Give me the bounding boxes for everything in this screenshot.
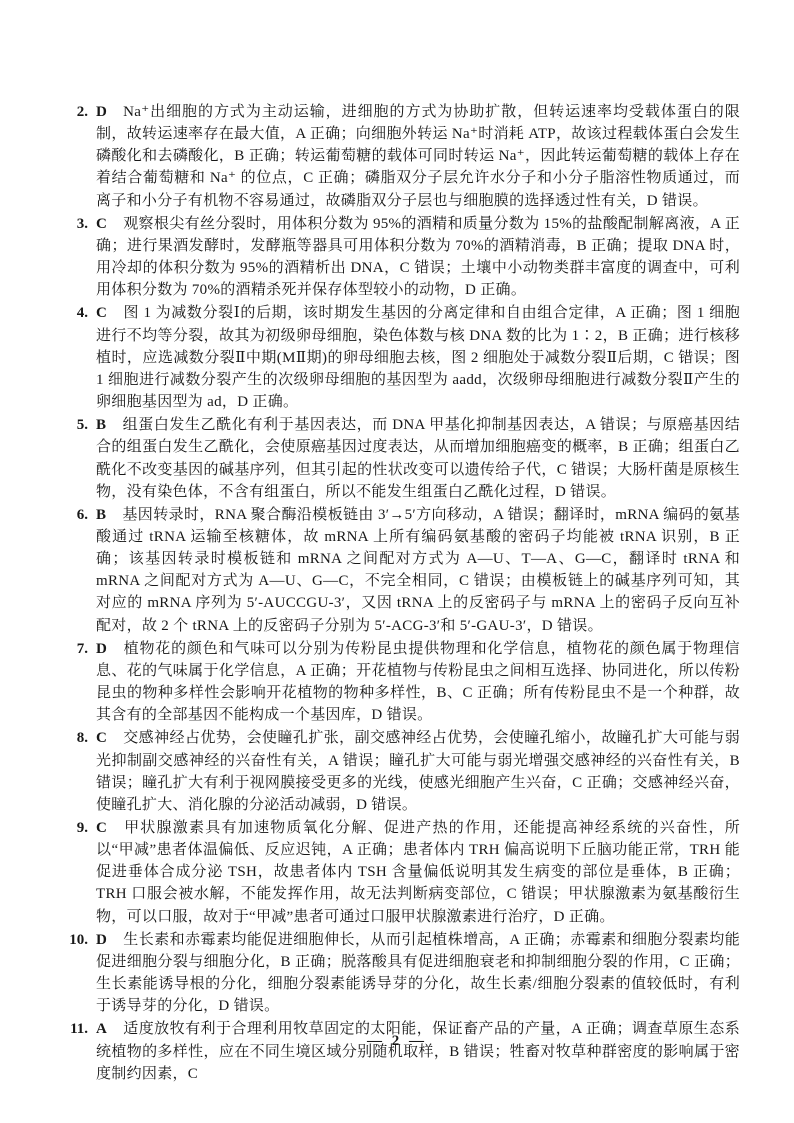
answer-item-10: 10.D生长素和赤霉素均能促进细胞伸长，从而引起植株增高，A 正确；赤霉素和细胞… xyxy=(96,929,740,1018)
item-answer: C xyxy=(96,305,107,321)
item-explanation: 适度放牧有利于合理利用牧草固定的太阳能，保证畜产品的产量，A 正确；调查草原生态… xyxy=(96,1021,740,1081)
item-answer: C xyxy=(96,216,107,232)
item-explanation: 基因转录时，RNA 聚合酶沿模板链由 3′→5′方向移动，A 错误；翻译时，mR… xyxy=(96,507,740,634)
item-number: 4. xyxy=(64,302,88,324)
item-number: 3. xyxy=(64,213,88,235)
page-number: — 2 — xyxy=(367,1033,427,1049)
item-answer: C xyxy=(96,820,107,836)
item-explanation: 组蛋白发生乙酰化有利于基因表达，而 DNA 甲基化抑制基因表达，A 错误；与原癌… xyxy=(96,417,740,499)
item-answer: D xyxy=(96,932,107,948)
item-number: 10. xyxy=(64,929,88,951)
item-explanation: 观察根尖有丝分裂时，用体积分数为 95%的酒精和质量分数为 15%的盐酸配制解离… xyxy=(96,216,740,298)
answer-item-5: 5.B组蛋白发生乙酰化有利于基因表达，而 DNA 甲基化抑制基因表达，A 错误；… xyxy=(96,414,740,503)
answer-explanation-list: 2.DNa⁺出细胞的方式为主动运输，进细胞的方式为协助扩散，但转运速率均受载体蛋… xyxy=(96,101,740,1086)
item-answer: D xyxy=(96,104,107,120)
page-footer: — 2 — xyxy=(0,1033,794,1050)
answer-item-11: 11.A适度放牧有利于合理利用牧草固定的太阳能，保证畜产品的产量，A 正确；调查… xyxy=(96,1018,740,1084)
item-number: 7. xyxy=(64,638,88,660)
item-explanation: 图 1 为减数分裂Ⅰ的后期，该时期发生基因的分离定律和自由组合定律，A 正确；图… xyxy=(96,305,740,410)
item-answer: D xyxy=(96,641,107,657)
item-explanation: 甲状腺激素具有加速物质氧化分解、促进产热的作用，还能提高神经系统的兴奋性，所以“… xyxy=(96,820,740,925)
item-number: 5. xyxy=(64,414,88,436)
item-explanation: 植物花的颜色和气味可以分别为传粉昆虫提供物理和化学信息，植物花的颜色属于物理信息… xyxy=(96,641,740,723)
document-page: 2.DNa⁺出细胞的方式为主动运输，进细胞的方式为协助扩散，但转运速率均受载体蛋… xyxy=(0,0,794,1123)
item-explanation: 交感神经占优势，会使瞳孔扩张，副交感神经占优势，会使瞳孔缩小，故瞳孔扩大可能与弱… xyxy=(96,730,740,812)
item-explanation: 生长素和赤霉素均能促进细胞伸长，从而引起植株增高，A 正确；赤霉素和细胞分裂素均… xyxy=(96,932,740,1014)
answer-item-9: 9.C甲状腺激素具有加速物质氧化分解、促进产热的作用，还能提高神经系统的兴奋性，… xyxy=(96,817,740,928)
item-number: 8. xyxy=(64,727,88,749)
answer-item-6: 6.B基因转录时，RNA 聚合酶沿模板链由 3′→5′方向移动，A 错误；翻译时… xyxy=(96,504,740,637)
answer-item-4: 4.C图 1 为减数分裂Ⅰ的后期，该时期发生基因的分离定律和自由组合定律，A 正… xyxy=(96,302,740,413)
item-number: 2. xyxy=(64,101,88,123)
item-answer: C xyxy=(96,730,107,746)
item-explanation: Na⁺出细胞的方式为主动运输，进细胞的方式为协助扩散，但转运速率均受载体蛋白的限… xyxy=(96,104,740,209)
item-answer: B xyxy=(96,507,106,523)
answer-item-8: 8.C交感神经占优势，会使瞳孔扩张，副交感神经占优势，会使瞳孔缩小，故瞳孔扩大可… xyxy=(96,727,740,816)
item-number: 9. xyxy=(64,817,88,839)
answer-item-3: 3.C观察根尖有丝分裂时，用体积分数为 95%的酒精和质量分数为 15%的盐酸配… xyxy=(96,213,740,302)
answer-item-2: 2.DNa⁺出细胞的方式为主动运输，进细胞的方式为协助扩散，但转运速率均受载体蛋… xyxy=(96,101,740,212)
item-number: 6. xyxy=(64,504,88,526)
item-answer: B xyxy=(96,417,106,433)
answer-item-7: 7.D植物花的颜色和气味可以分别为传粉昆虫提供物理和化学信息，植物花的颜色属于物… xyxy=(96,638,740,727)
